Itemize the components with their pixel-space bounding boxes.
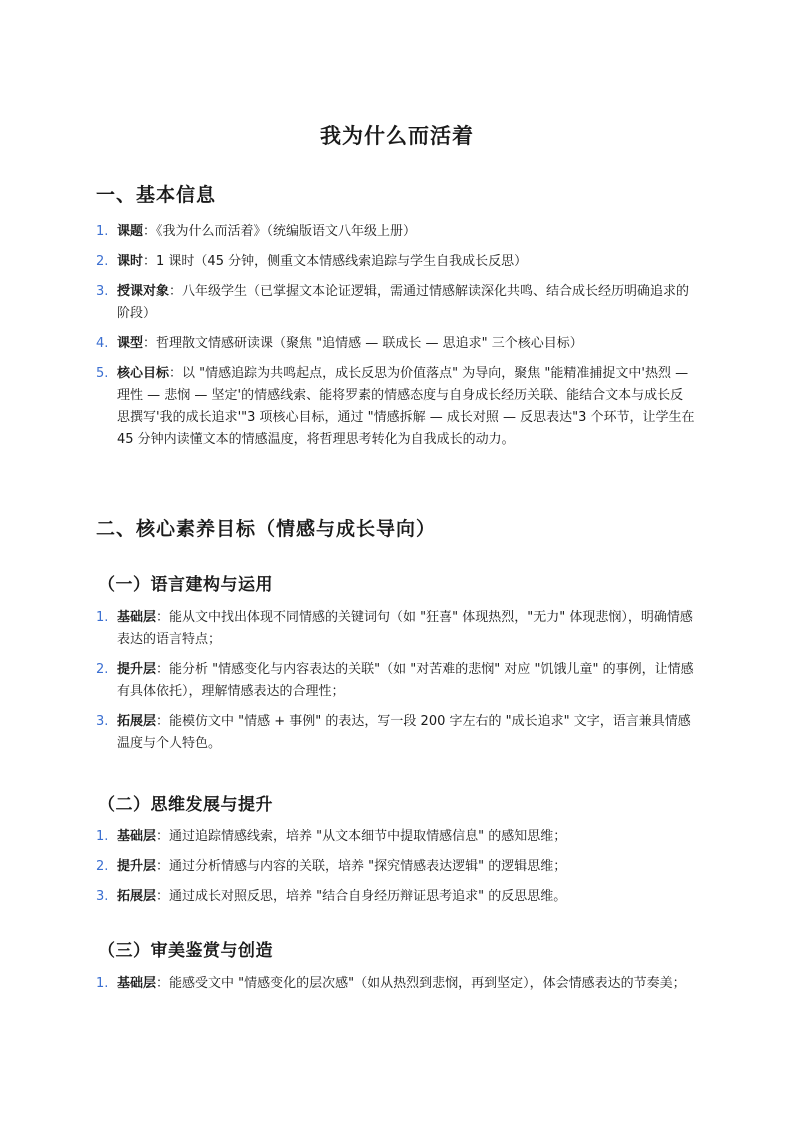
item-separator: ： — [169, 284, 182, 299]
item-separator: ： — [156, 662, 169, 677]
list-item: 2.课时：1 课时（45 分钟，侧重文本情感线索追踪与学生自我成长反思） — [96, 251, 696, 273]
list-number: 1. — [96, 826, 108, 848]
item-text: 哲理散文情感研读课（聚焦 "追情感 — 联成长 — 思追求" 三个核心目标） — [156, 336, 583, 351]
item-separator: ： — [143, 254, 156, 269]
item-label: 拓展层 — [117, 714, 156, 729]
list-number: 4. — [96, 333, 108, 355]
subsection-heading-aesthetics: （三）审美鉴赏与创造 — [98, 936, 273, 961]
section-heading-basic-info: 一、基本信息 — [96, 180, 216, 207]
item-label: 拓展层 — [117, 889, 156, 904]
item-separator: ： — [156, 610, 169, 625]
list-number: 2. — [96, 659, 108, 681]
list-number: 3. — [96, 281, 108, 303]
item-separator: ： — [169, 366, 182, 381]
thinking-list: 1.基础层：通过追踪情感线索，培养 "从文本细节中提取情感信息" 的感知思维； … — [96, 826, 696, 916]
list-item: 3.拓展层：能模仿文中 "情感 + 事例" 的表达，写一段 200 字左右的 "… — [96, 711, 696, 755]
aesthetics-list: 1.基础层：能感受文中 "情感变化的层次感"（如从热烈到悲悯，再到坚定），体会情… — [96, 973, 696, 1003]
list-item: 1.课题：《我为什么而活着》（统编版语文八年级上册） — [96, 221, 696, 243]
item-text: 通过追踪情感线索，培养 "从文本细节中提取情感信息" 的感知思维； — [169, 829, 566, 844]
item-separator: ： — [156, 859, 169, 874]
item-label: 课型 — [117, 336, 143, 351]
item-label: 提升层 — [117, 662, 156, 677]
item-label: 提升层 — [117, 859, 156, 874]
list-item: 2.提升层：通过分析情感与内容的关联，培养 "探究情感表达逻辑" 的逻辑思维； — [96, 856, 696, 878]
list-number: 1. — [96, 973, 108, 995]
list-item: 1.基础层：能从文中找出体现不同情感的关键词句（如 "狂喜" 体现热烈，"无力"… — [96, 607, 696, 651]
basic-info-list: 1.课题：《我为什么而活着》（统编版语文八年级上册） 2.课时：1 课时（45 … — [96, 221, 696, 459]
list-number: 2. — [96, 251, 108, 273]
item-text: 八年级学生（已掌握文本论证逻辑，需通过情感解读深化共鸣、结合成长经历明确追求的阶… — [117, 284, 689, 321]
item-text: 能分析 "情感变化与内容表达的关联"（如 "对苦难的悲悯" 对应 "饥饿儿童" … — [117, 662, 694, 699]
item-text: 通过成长对照反思，培养 "结合自身经历辩证思考追求" 的反思思维。 — [169, 889, 566, 904]
list-item: 4.课型：哲理散文情感研读课（聚焦 "追情感 — 联成长 — 思追求" 三个核心… — [96, 333, 696, 355]
item-label: 核心目标 — [117, 366, 169, 381]
document-title: 我为什么而活着 — [0, 120, 794, 150]
item-separator: ： — [156, 976, 169, 991]
item-label: 课时 — [117, 254, 143, 269]
list-item: 1.基础层：通过追踪情感线索，培养 "从文本细节中提取情感信息" 的感知思维； — [96, 826, 696, 848]
list-number: 3. — [96, 886, 108, 908]
list-number: 1. — [96, 607, 108, 629]
list-item: 1.基础层：能感受文中 "情感变化的层次感"（如从热烈到悲悯，再到坚定），体会情… — [96, 973, 696, 995]
list-item: 3.拓展层：通过成长对照反思，培养 "结合自身经历辩证思考追求" 的反思思维。 — [96, 886, 696, 908]
list-item: 5.核心目标：以 "情感追踪为共鸣起点，成长反思为价值落点" 为导向，聚焦 "能… — [96, 363, 696, 451]
item-text: 1 课时（45 分钟，侧重文本情感线索追踪与学生自我成长反思） — [156, 254, 527, 269]
subsection-heading-language: （一）语言建构与运用 — [98, 570, 273, 595]
item-text: 通过分析情感与内容的关联，培养 "探究情感表达逻辑" 的逻辑思维； — [169, 859, 566, 874]
list-item: 3.授课对象：八年级学生（已掌握文本论证逻辑，需通过情感解读深化共鸣、结合成长经… — [96, 281, 696, 325]
item-label: 基础层 — [117, 976, 156, 991]
list-number: 1. — [96, 221, 108, 243]
subsection-heading-thinking: （二）思维发展与提升 — [98, 790, 273, 815]
item-text: 能感受文中 "情感变化的层次感"（如从热烈到悲悯，再到坚定），体会情感表达的节奏… — [169, 976, 686, 991]
item-label: 授课对象 — [117, 284, 169, 299]
list-item: 2.提升层：能分析 "情感变化与内容表达的关联"（如 "对苦难的悲悯" 对应 "… — [96, 659, 696, 703]
item-separator: ： — [143, 224, 156, 239]
item-label: 课题 — [117, 224, 143, 239]
item-label: 基础层 — [117, 610, 156, 625]
document-page: 我为什么而活着 一、基本信息 1.课题：《我为什么而活着》（统编版语文八年级上册… — [0, 0, 794, 1123]
item-separator: ： — [156, 829, 169, 844]
language-list: 1.基础层：能从文中找出体现不同情感的关键词句（如 "狂喜" 体现热烈，"无力"… — [96, 607, 696, 763]
item-separator: ： — [156, 714, 169, 729]
item-separator: ： — [156, 889, 169, 904]
item-text: 以 "情感追踪为共鸣起点，成长反思为价值落点" 为导向，聚焦 "能精准捕捉文中'… — [117, 366, 695, 447]
item-text: 能模仿文中 "情感 + 事例" 的表达，写一段 200 字左右的 "成长追求" … — [117, 714, 691, 751]
item-label: 基础层 — [117, 829, 156, 844]
section-heading-core-literacy: 二、核心素养目标（情感与成长导向） — [96, 514, 436, 541]
item-separator: ： — [143, 336, 156, 351]
item-text: 《我为什么而活着》（统编版语文八年级上册） — [156, 224, 416, 239]
list-number: 3. — [96, 711, 108, 733]
item-text: 能从文中找出体现不同情感的关键词句（如 "狂喜" 体现热烈，"无力" 体现悲悯）… — [117, 610, 693, 647]
list-number: 2. — [96, 856, 108, 878]
list-number: 5. — [96, 363, 108, 385]
